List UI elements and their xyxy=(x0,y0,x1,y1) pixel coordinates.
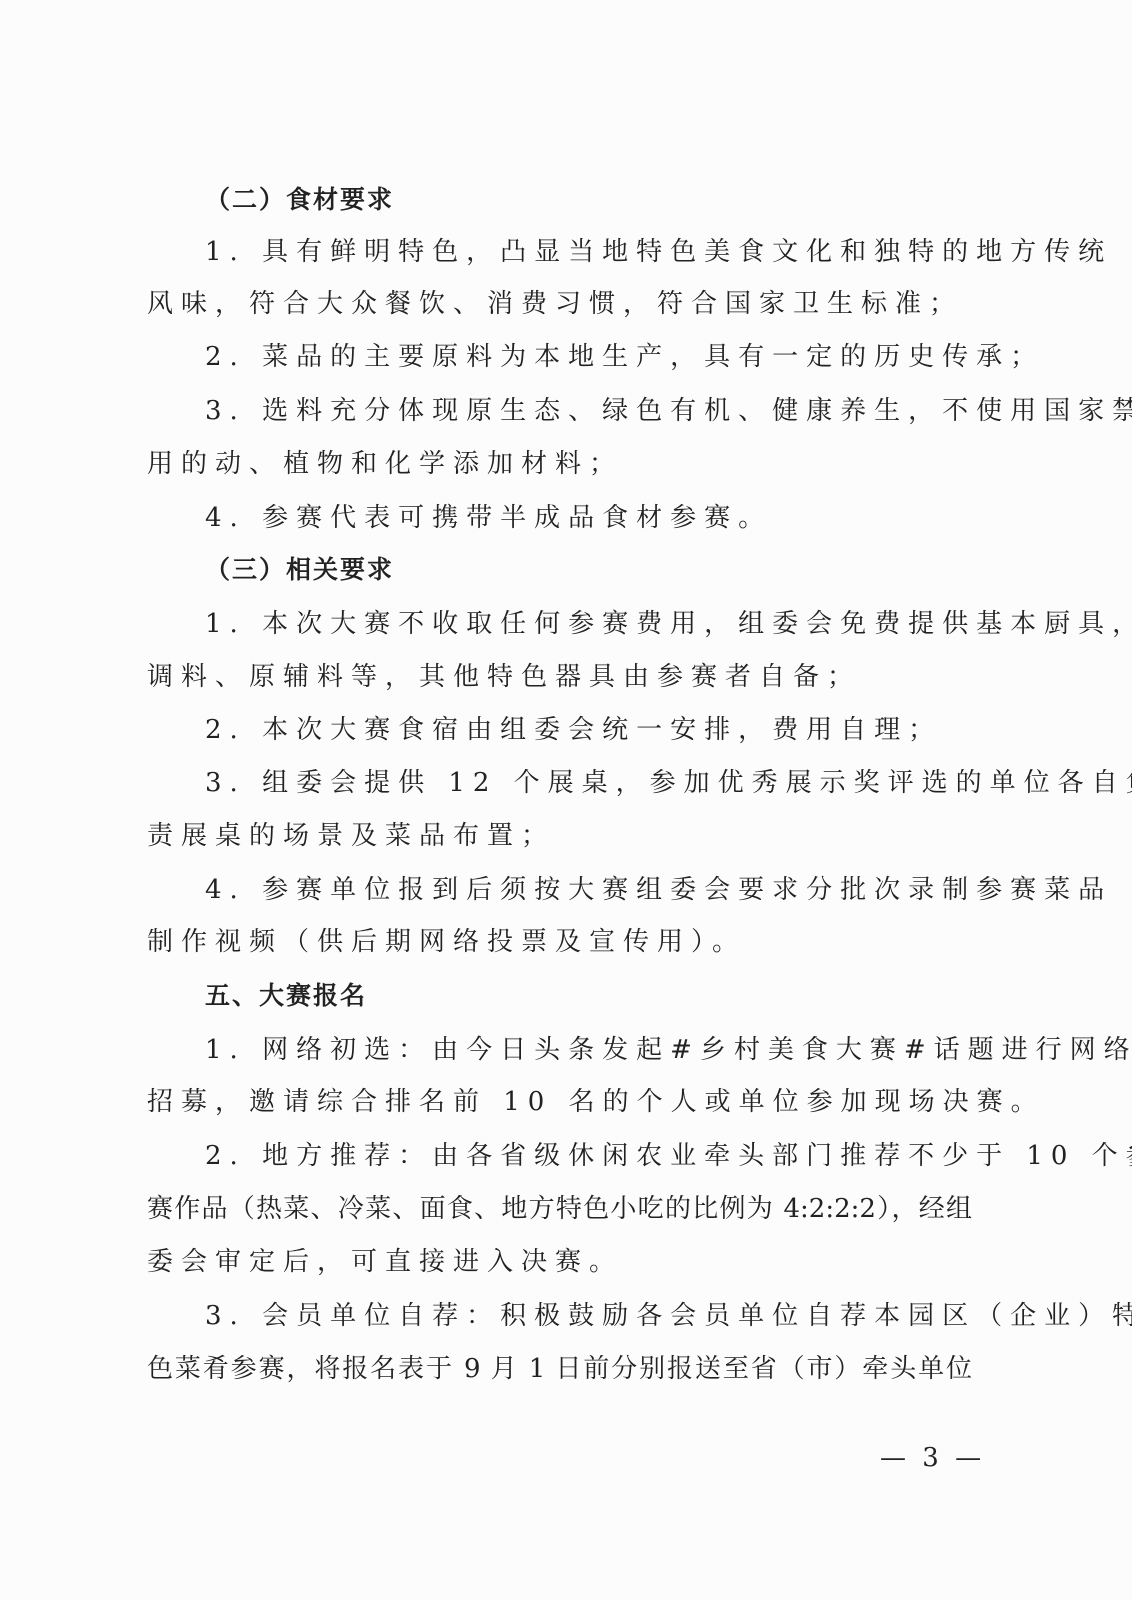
paragraph-line: 色菜肴参赛，将报名表于 9 月 1 日前分别报送至省（市）牵头单位 xyxy=(147,1351,972,1387)
page-number: — 3 — xyxy=(880,1440,985,1476)
paragraph-line: 2. 地方推荐：由各省级休闲农业牵头部门推荐不少于 10 个参 xyxy=(205,1138,972,1174)
paragraph-line: 1. 具有鲜明特色，凸显当地特色美食文化和独特的地方传统 xyxy=(205,234,972,270)
paragraph-line: 赛作品（热菜、冷菜、面食、地方特色小吃的比例为 4:2:2:2），经组 xyxy=(147,1191,972,1227)
paragraph-line: 3. 选料充分体现原生态、绿色有机、健康养生，不使用国家禁 xyxy=(205,393,972,429)
paragraph-line: 3. 组委会提供 12 个展桌，参加优秀展示奖评选的单位各自负 xyxy=(205,765,972,801)
section-heading-requirements: （三）相关要求 xyxy=(205,552,394,588)
paragraph-line: 1. 本次大赛不收取任何参赛费用，组委会免费提供基本厨具， xyxy=(205,606,972,642)
paragraph-line: 2. 本次大赛食宿由组委会统一安排，费用自理； xyxy=(205,712,942,748)
paragraph-line: 2. 菜品的主要原料为本地生产，具有一定的历史传承； xyxy=(205,339,1044,375)
paragraph-line: 风味，符合大众餐饮、消费习惯，符合国家卫生标准； xyxy=(147,286,963,322)
paragraph-line: 用的动、植物和化学添加材料； xyxy=(147,446,623,482)
section-heading-registration: 五、大赛报名 xyxy=(205,978,367,1014)
paragraph-line: 责展桌的场景及菜品布置； xyxy=(147,818,555,854)
section-heading-ingredients: （二）食材要求 xyxy=(205,182,394,218)
paragraph-line: 制作视频（供后期网络投票及宣传用）。 xyxy=(147,924,746,960)
paragraph-line: 委会审定后，可直接进入决赛。 xyxy=(147,1244,623,1280)
paragraph-line: 4. 参赛单位报到后须按大赛组委会要求分批次录制参赛菜品 xyxy=(205,872,972,908)
paragraph-line: 4. 参赛代表可携带半成品食材参赛。 xyxy=(205,500,772,536)
paragraph-line: 3. 会员单位自荐：积极鼓励各会员单位自荐本园区（企业）特 xyxy=(205,1298,972,1334)
paragraph-line: 1. 网络初选：由今日头条发起#乡村美食大赛#话题进行网络 xyxy=(205,1032,972,1068)
paragraph-line: 调料、原辅料等，其他特色器具由参赛者自备； xyxy=(147,659,861,695)
paragraph-line: 招募，邀请综合排名前 10 名的个人或单位参加现场决赛。 xyxy=(147,1084,1045,1120)
